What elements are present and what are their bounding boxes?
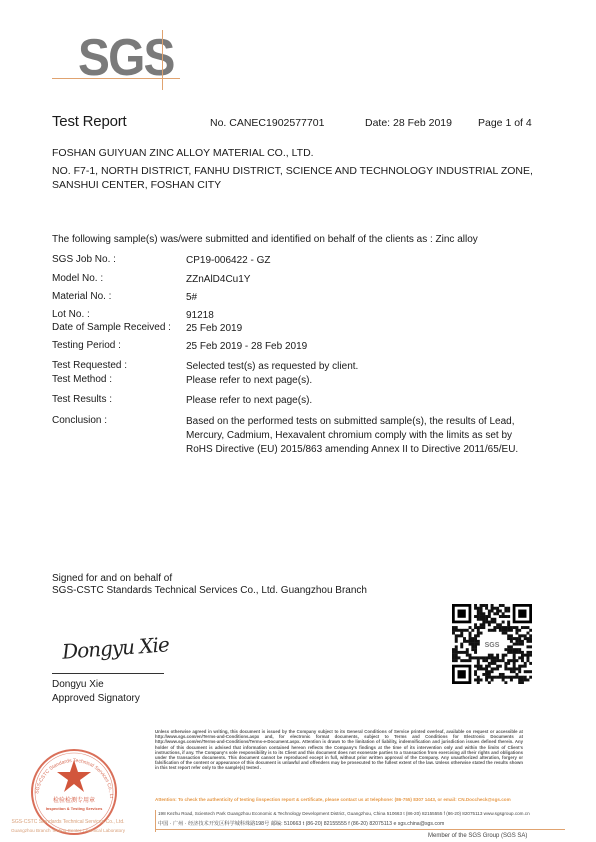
- field-value: Please refer to next page(s).: [186, 374, 516, 388]
- official-stamp: SGS-CSTC Standards Technical Services Co…: [8, 740, 128, 840]
- report-number: No. CANEC1902577701: [210, 117, 324, 129]
- legal-disclaimer: Unless otherwise agreed in writing, this…: [155, 729, 523, 771]
- authenticity-notice: Attention: To check the authenticity of …: [155, 797, 523, 803]
- signatory-name: Dongyu Xie: [52, 678, 140, 692]
- field-label: Test Results :: [52, 394, 112, 405]
- field-label: Model No. :: [52, 273, 103, 284]
- field-label: Material No. :: [52, 291, 111, 302]
- svg-text:Inspection & Testing Services: Inspection & Testing Services: [46, 806, 103, 811]
- client-address-line1: NO. F7-1, NORTH DISTRICT, FANHU DISTRICT…: [52, 164, 533, 178]
- logo-rule-horizontal: [52, 78, 180, 79]
- field-value: 5#: [186, 291, 516, 305]
- svg-text:SGS-CSTC Standards Technical S: SGS-CSTC Standards Technical Services Co…: [11, 819, 124, 825]
- address-english: 198 Kezhu Road, Scientech Park Guangzhou…: [158, 811, 530, 816]
- client-name: FOSHAN GUIYUAN ZINC ALLOY MATERIAL CO., …: [52, 146, 314, 160]
- field-label: Date of Sample Received :: [52, 322, 171, 333]
- stamp-seal-icon: SGS-CSTC Standards Technical Services Co…: [8, 740, 128, 840]
- field-label: SGS Job No. :: [52, 254, 116, 265]
- signatory: Dongyu Xie Approved Signatory: [52, 678, 140, 706]
- sgs-logo: SGS: [52, 30, 180, 90]
- logo-text: SGS: [78, 32, 174, 84]
- field-label: Lot No. :: [52, 309, 90, 320]
- svg-text:SGS-CSTC Standards Technical S: SGS-CSTC Standards Technical Services Co…: [8, 740, 114, 799]
- qr-code[interactable]: SGS: [452, 604, 532, 684]
- field-value: 25 Feb 2019: [186, 322, 516, 336]
- footer-rule: [155, 829, 565, 830]
- field-label: Test Requested :: [52, 360, 127, 371]
- signed-on-behalf: Signed for and on behalf of SGS-CSTC Sta…: [52, 573, 367, 597]
- client-address-line2: SANSHUI CENTER, FOSHAN CITY: [52, 178, 221, 192]
- svg-text:Guangzhou Branch Testing Cente: Guangzhou Branch Testing Center Chemical…: [11, 828, 126, 833]
- field-label: Conclusion :: [52, 415, 107, 426]
- address-chinese: 中国 · 广州 · 经济技术开发区科学城科珠路198号 邮编: 510663 t…: [158, 820, 444, 827]
- handwritten-signature: Dongyu Xie: [61, 632, 169, 663]
- page-number: Page 1 of 4: [478, 117, 532, 129]
- field-value: ZZnAlD4Cu1Y: [186, 273, 516, 287]
- report-title: Test Report: [52, 113, 127, 130]
- signed-line1: Signed for and on behalf of: [52, 573, 367, 585]
- signed-line2: SGS-CSTC Standards Technical Services Co…: [52, 585, 367, 597]
- signature-line: [52, 673, 164, 674]
- field-value: CP19-006422 - GZ: [186, 254, 516, 268]
- report-date: Date: 28 Feb 2019: [365, 117, 452, 129]
- svg-text:检验检测专用章: 检验检测专用章: [53, 796, 95, 804]
- conclusion-text: Based on the performed tests on submitte…: [186, 415, 536, 457]
- signatory-title: Approved Signatory: [52, 692, 140, 706]
- logo-rule-vertical: [162, 30, 163, 90]
- field-value: Selected test(s) as requested by client.: [186, 360, 516, 374]
- sample-intro: The following sample(s) was/were submitt…: [52, 234, 478, 245]
- field-value: 91218: [186, 309, 516, 323]
- svg-text:SGS: SGS: [485, 642, 500, 649]
- qr-code-icon: SGS: [452, 604, 532, 684]
- field-value: 25 Feb 2019 - 28 Feb 2019: [186, 340, 516, 354]
- field-label: Test Method :: [52, 374, 112, 385]
- member-statement: Member of the SGS Group (SGS SA): [428, 833, 527, 839]
- field-value: Please refer to next page(s).: [186, 394, 516, 408]
- field-label: Testing Period :: [52, 340, 121, 351]
